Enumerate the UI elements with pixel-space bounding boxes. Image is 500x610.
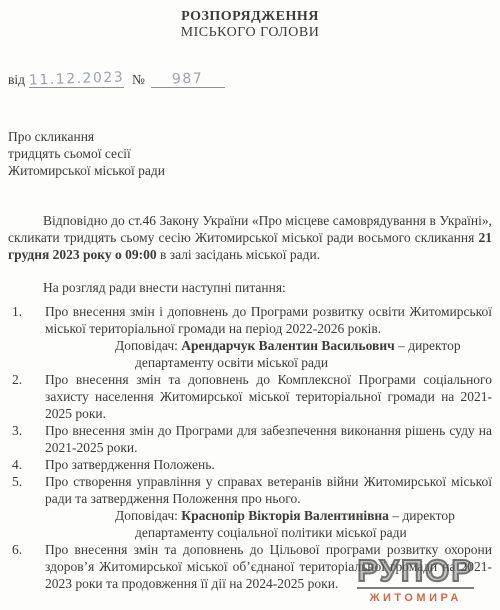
- speaker-name: Краснопір Вікторія Валентинівна: [181, 508, 389, 523]
- agenda-list: 1. Про внесення змін і доповнень до Прог…: [8, 303, 492, 592]
- agenda-item-4: 4. Про затвердження Положень.: [8, 456, 492, 473]
- date-label: від: [8, 71, 29, 88]
- speaker-dept: департаменту освіти міської ради: [135, 355, 328, 370]
- document-title-line2: МІСЬКОГО ГОЛОВИ: [8, 25, 492, 41]
- handwritten-date: 11.12.2023: [29, 71, 124, 88]
- date-number-row: від 11.12.2023 № 987: [8, 71, 492, 88]
- scanned-order-document: РОЗПОРЯДЖЕННЯ МІСЬКОГО ГОЛОВИ від 11.12.…: [0, 0, 500, 610]
- subject-block: Про скликання тридцять сьомої сесії Жито…: [8, 128, 492, 179]
- speaker-block-2: Доповідач: Краснопір Вікторія Валентинів…: [115, 507, 492, 541]
- watermark-title: РУПОР: [357, 556, 474, 589]
- item-text: Про затвердження Положень.: [45, 457, 215, 472]
- agenda-item-3: 3. Про внесення змін до Програми для заб…: [8, 422, 492, 456]
- rupor-zhytomyra-watermark: РУПОР ЖИТОМИРА: [357, 556, 474, 607]
- intro-paragraph: Відповідно до ст.46 Закону України «Про …: [8, 212, 492, 263]
- speaker-role: – директор: [389, 508, 455, 523]
- speaker-name: Арендарчук Валентин Васильович: [181, 338, 394, 353]
- item-number: 1.: [12, 303, 22, 320]
- item-text: Про внесення змін до Програми для забезп…: [45, 423, 492, 455]
- item-number: 4.: [12, 456, 22, 473]
- item-text: Про внесення змін та доповнень до Компле…: [45, 372, 492, 421]
- speaker-label: Доповідач:: [115, 338, 181, 353]
- subject-line: Про скликання: [8, 128, 492, 145]
- intro-text: Відповідно до ст.46 Закону України «Про …: [8, 213, 492, 245]
- number-label: №: [124, 71, 151, 88]
- item-number: 5.: [12, 473, 22, 490]
- agenda-lead: На розгляд ради внести наступні питання:: [8, 279, 492, 296]
- speaker-role: – директор: [395, 338, 461, 353]
- watermark-subtitle: ЖИТОМИРА: [357, 590, 474, 607]
- item-number: 3.: [12, 422, 22, 439]
- item-text: Про внесення змін і доповнень до Програм…: [45, 304, 492, 336]
- item-number: 2.: [12, 371, 22, 388]
- agenda-item-1: 1. Про внесення змін і доповнень до Прог…: [8, 303, 492, 337]
- subject-line: Житомирської міської ради: [8, 162, 492, 179]
- item-number: 6.: [12, 541, 22, 558]
- document-title: РОЗПОРЯДЖЕННЯ МІСЬКОГО ГОЛОВИ: [8, 9, 492, 41]
- item-text: Про створення управління у справах ветер…: [45, 474, 492, 506]
- agenda-item-2: 2. Про внесення змін та доповнень до Ком…: [8, 371, 492, 422]
- speaker-block-1: Доповідач: Арендарчук Валентин Васильови…: [115, 337, 492, 371]
- handwritten-number: 987: [151, 71, 225, 88]
- speaker-dept: департаменту соціальної політики міської…: [135, 525, 407, 540]
- document-title-line1: РОЗПОРЯДЖЕННЯ: [8, 9, 492, 25]
- intro-text: в залі засідань міської ради.: [157, 247, 321, 262]
- subject-line: тридцять сьомої сесії: [8, 145, 492, 162]
- agenda-item-5: 5. Про створення управління у справах ве…: [8, 473, 492, 507]
- speaker-label: Доповідач:: [115, 508, 181, 523]
